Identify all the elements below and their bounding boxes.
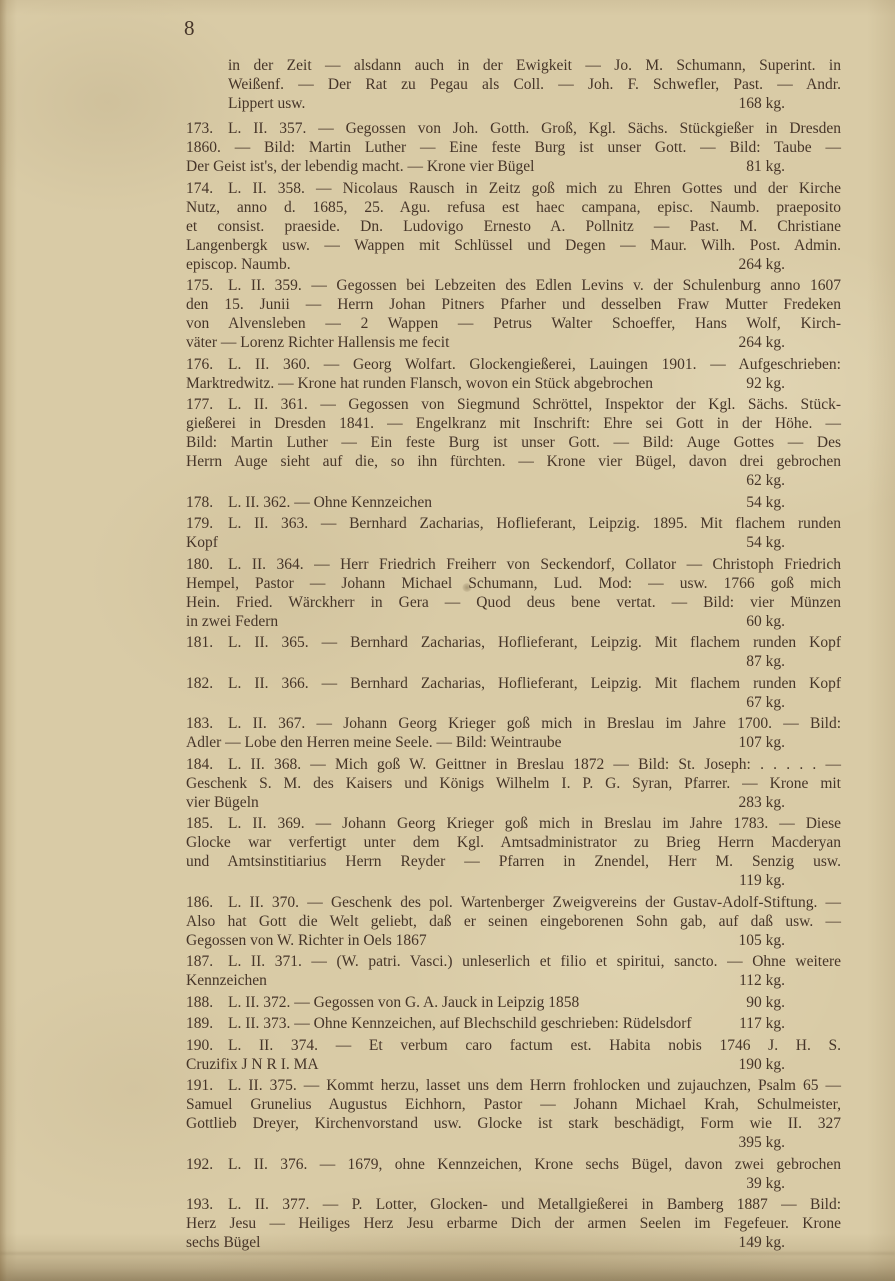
line-text: 182.L. II. 366. — Bernhard Zacharias, Ho… <box>186 675 841 692</box>
entry-text-line: Adler — Lobe den Herren meine Seele. — B… <box>186 733 841 752</box>
line-text: 179.L. II. 363. — Bernhard Zacharias, Ho… <box>186 515 841 532</box>
entry-text-line: 174.L. II. 358. — Nicolaus Rausch in Zei… <box>186 179 841 198</box>
entry-number: 188. <box>186 993 228 1012</box>
entry-text-line: Kopf54 kg. <box>186 533 841 552</box>
weight-value: 107 kg. <box>739 733 786 752</box>
catalog-ref: L. II. 376. <box>228 1156 307 1173</box>
catalog-ref: L. II. 371. <box>228 953 302 970</box>
entry-number: 175. <box>186 276 228 295</box>
line-text: Herz Jesu — Heiliges Herz Jesu erbarme D… <box>186 1215 841 1232</box>
entry-text-line: gießerei in Dresden 1841. — Engelkranz m… <box>186 414 841 433</box>
line-text: 186.L. II. 370. — Geschenk des pol. Wart… <box>186 894 841 911</box>
line-text: Kennzeichen <box>186 971 281 990</box>
line-text: Kopf <box>186 533 232 552</box>
entry-text-line: 188.L. II. 372. — Gegossen von G. A. Jau… <box>186 993 841 1012</box>
entry-number: 191. <box>186 1076 228 1095</box>
entry-text-line: sechs Bügel149 kg. <box>186 1233 841 1252</box>
entry-text-line: Samuel Grunelius Augustus Eichhorn, Past… <box>186 1095 841 1114</box>
entry-text-line: Nutz, anno d. 1685, 25. Agu. refusa est … <box>186 198 841 217</box>
entry-weight-line: 87 kg. <box>186 652 841 671</box>
entry-weight-line: 119 kg. <box>186 871 841 890</box>
bell-entry: 185.L. II. 369. — Johann Georg Krieger g… <box>186 814 841 890</box>
weight-value: 67 kg. <box>746 694 785 711</box>
entry-text-line: Also hat Gott die Welt geliebt, daß er s… <box>186 912 841 931</box>
line-text: Weißenf. — Der Rat zu Pegau als Coll. — … <box>228 76 841 93</box>
line-text: 175.L. II. 359. — Gegossen bei Lebzeiten… <box>186 277 841 294</box>
line-text: 183.L. II. 367. — Johann Georg Krieger g… <box>186 715 841 732</box>
weight-value: 81 kg. <box>746 157 785 176</box>
entry-text-line: Bild: Martin Luther — Ein feste Burg ist… <box>186 433 841 452</box>
document-page: 8 in der Zeit — alsdann auch in der Ewig… <box>0 0 895 1281</box>
entry-text-line: 192.L. II. 376. — 1679, ohne Kennzeichen… <box>186 1155 841 1174</box>
weight-value: 87 kg. <box>746 653 785 670</box>
line-text: Lippert usw. <box>228 94 319 113</box>
entry-number: 180. <box>186 555 228 574</box>
line-text: 189.L. II. 373. — Ohne Kennzeichen, auf … <box>186 1014 706 1033</box>
catalog-ref: L. II. 366. <box>228 675 309 692</box>
entry-number: 173. <box>186 119 228 138</box>
weight-value: 54 kg. <box>746 533 785 552</box>
catalog-ref: L. II. 361. <box>228 396 308 413</box>
entry-text-line: 175.L. II. 359. — Gegossen bei Lebzeiten… <box>186 276 841 295</box>
entry-text-line: in zwei Federn60 kg. <box>186 612 841 631</box>
weight-value: 90 kg. <box>746 993 785 1012</box>
catalog-ref: L. II. 377. <box>228 1196 309 1213</box>
entry-text-line: von Alvensleben — 2 Wappen — Petrus Walt… <box>186 314 841 333</box>
entry-number: 190. <box>186 1036 228 1055</box>
line-text: 185.L. II. 369. — Johann Georg Krieger g… <box>186 815 841 832</box>
line-text: 191.L. II. 375. — Kommt herzu, lasset un… <box>186 1077 841 1094</box>
entry-text-line: 183.L. II. 367. — Johann Georg Krieger g… <box>186 714 841 733</box>
bell-entry: 176.L. II. 360. — Georg Wolfart. Glocken… <box>186 355 841 393</box>
weight-value: 112 kg. <box>739 971 785 990</box>
entry-text-line: Herrn Auge sieht auf die, so ihn fürchte… <box>186 452 841 471</box>
entry-number: 187. <box>186 952 228 971</box>
bell-entry: 186.L. II. 370. — Geschenk des pol. Wart… <box>186 893 841 950</box>
entry-text-line: 1860. — Bild: Martin Luther — Eine feste… <box>186 138 841 157</box>
line-text: Adler — Lobe den Herren meine Seele. — B… <box>186 733 576 752</box>
weight-value: 264 kg. <box>739 333 786 352</box>
entry-text-line: Cruzifix J N R I. MA190 kg. <box>186 1055 841 1074</box>
catalog-ref: L. II. 363. <box>228 515 308 532</box>
line-text: Hein. Fried. Wärckherr in Gera — Quod de… <box>186 594 841 611</box>
entry-text-line: väter — Lorenz Richter Hallensis me feci… <box>186 333 841 352</box>
line-text: 174.L. II. 358. — Nicolaus Rausch in Zei… <box>186 180 841 197</box>
line-text: Nutz, anno d. 1685, 25. Agu. refusa est … <box>186 199 841 216</box>
weight-value: 54 kg. <box>746 493 785 512</box>
entry-text-line: Hempel, Pastor — Johann Michael Schumann… <box>186 574 841 593</box>
entry-text-line: 179.L. II. 363. — Bernhard Zacharias, Ho… <box>186 514 841 533</box>
catalog-ref: L. II. 358. <box>228 180 305 197</box>
weight-value: 105 kg. <box>739 931 786 950</box>
page-number: 8 <box>184 16 195 41</box>
line-text: gießerei in Dresden 1841. — Engelkranz m… <box>186 415 841 432</box>
entry-text-line: Gottlieb Dreyer, Kirchenvorstand usw. Gl… <box>186 1114 841 1133</box>
entry-weight-line: 62 kg. <box>186 471 841 490</box>
line-text: Geschenk S. M. des Kaisers und Königs Wi… <box>186 775 841 792</box>
entry-number: 185. <box>186 814 228 833</box>
line-text: Marktredwitz. — Krone hat runden Flansch… <box>186 374 667 393</box>
entry-number: 192. <box>186 1155 228 1174</box>
catalog-ref: L. II. 372. <box>228 994 290 1011</box>
entry-number: 189. <box>186 1014 228 1033</box>
line-text: 178.L. II. 362. — Ohne Kennzeichen <box>186 493 446 512</box>
bell-entry: 173.L. II. 357. — Gegossen von Joh. Gott… <box>186 119 841 176</box>
line-text: Samuel Grunelius Augustus Eichhorn, Past… <box>186 1096 841 1113</box>
catalog-ref: L. II. 359. <box>228 277 302 294</box>
entry-text-line: vier Bügeln283 kg. <box>186 793 841 812</box>
bell-entry: 181.L. II. 365. — Bernhard Zacharias, Ho… <box>186 633 841 671</box>
catalog-ref: L. II. 367. <box>228 715 305 732</box>
entry-number: 176. <box>186 355 228 374</box>
entry-text-line: Der Geist ist's, der lebendig macht. — K… <box>186 157 841 176</box>
bell-entry: 184.L. II. 368. — Mich goß W. Geittner i… <box>186 755 841 812</box>
line-text: 192.L. II. 376. — 1679, ohne Kennzeichen… <box>186 1156 841 1173</box>
bell-entry: 187.L. II. 371. — (W. patri. Vasci.) unl… <box>186 952 841 990</box>
entry-weight-line: 67 kg. <box>186 693 841 712</box>
entry-text-line: 186.L. II. 370. — Geschenk des pol. Wart… <box>186 893 841 912</box>
line-text: Gegossen von W. Richter in Oels 1867 <box>186 931 441 950</box>
entry-number: 184. <box>186 755 228 774</box>
bell-entry: 177.L. II. 361. — Gegossen von Siegmund … <box>186 395 841 490</box>
bell-entry: 188.L. II. 372. — Gegossen von G. A. Jau… <box>186 993 841 1012</box>
catalog-ref: L. II. 360. <box>228 356 310 373</box>
line-text: et consist. praeside. Dn. Ludovigo Ernes… <box>186 218 841 235</box>
bell-register-text: in der Zeit — alsdann auch in der Ewigke… <box>186 56 841 1252</box>
line-text: 193.L. II. 377. — P. Lotter, Glocken- un… <box>186 1196 841 1213</box>
bell-entry: 175.L. II. 359. — Gegossen bei Lebzeiten… <box>186 276 841 352</box>
entry-text-line: Marktredwitz. — Krone hat runden Flansch… <box>186 374 841 393</box>
entry-text-line: 177.L. II. 361. — Gegossen von Siegmund … <box>186 395 841 414</box>
entry-text-line: 173.L. II. 357. — Gegossen von Joh. Gott… <box>186 119 841 138</box>
entry-text-line: 180.L. II. 364. — Herr Friedrich Freiher… <box>186 555 841 574</box>
bell-entry: 182.L. II. 366. — Bernhard Zacharias, Ho… <box>186 674 841 712</box>
line-text: episcop. Naumb. <box>186 255 305 274</box>
entry-text-line: 178.L. II. 362. — Ohne Kennzeichen54 kg. <box>186 493 841 512</box>
line-text: Der Geist ist's, der lebendig macht. — K… <box>186 157 548 176</box>
line-text: 180.L. II. 364. — Herr Friedrich Freiher… <box>186 556 841 573</box>
line-text: Cruzifix J N R I. MA <box>186 1055 333 1074</box>
line-text: und Amtsinstitiarius Herrn Reyder — Pfar… <box>186 853 841 870</box>
catalog-ref: L. II. 373. <box>228 1015 290 1032</box>
entry-number: 193. <box>186 1195 228 1214</box>
catalog-ref: L. II. 362. <box>228 494 290 511</box>
line-text: Herrn Auge sieht auf die, so ihn fürchte… <box>186 453 841 470</box>
entry-text-line: 176.L. II. 360. — Georg Wolfart. Glocken… <box>186 355 841 374</box>
entry-text-line: 191.L. II. 375. — Kommt herzu, lasset un… <box>186 1076 841 1095</box>
line-text: 190.L. II. 374. — Et verbum caro factum … <box>186 1037 841 1054</box>
catalog-ref: L. II. 369. <box>228 815 305 832</box>
weight-value: 92 kg. <box>746 374 785 393</box>
line-text: Gottlieb Dreyer, Kirchenvorstand usw. Gl… <box>186 1115 841 1132</box>
entry-text-line: 187.L. II. 371. — (W. patri. Vasci.) unl… <box>186 952 841 971</box>
line-text: 176.L. II. 360. — Georg Wolfart. Glocken… <box>186 356 841 373</box>
line-text: von Alvensleben — 2 Wappen — Petrus Walt… <box>186 315 841 332</box>
weight-value: 149 kg. <box>739 1233 786 1252</box>
bell-entry: 183.L. II. 367. — Johann Georg Krieger g… <box>186 714 841 752</box>
bell-entry: 179.L. II. 363. — Bernhard Zacharias, Ho… <box>186 514 841 552</box>
entry-weight-line: 395 kg. <box>186 1133 841 1152</box>
entry-text-line: 189.L. II. 373. — Ohne Kennzeichen, auf … <box>186 1014 841 1033</box>
entry-number: 177. <box>186 395 228 414</box>
bell-entry: 191.L. II. 375. — Kommt herzu, lasset un… <box>186 1076 841 1152</box>
line-text: 177.L. II. 361. — Gegossen von Siegmund … <box>186 396 841 413</box>
entry-text-line: Langenbergk usw. — Wappen mit Schlüssel … <box>186 236 841 255</box>
catalog-ref: L. II. 375. <box>228 1077 297 1094</box>
entry-text-line: et consist. praeside. Dn. Ludovigo Ernes… <box>186 217 841 236</box>
entry-text-line: Kennzeichen112 kg. <box>186 971 841 990</box>
line-text: 173.L. II. 357. — Gegossen von Joh. Gott… <box>186 120 841 137</box>
catalog-ref: L. II. 370. <box>228 894 299 911</box>
line-text: 188.L. II. 372. — Gegossen von G. A. Jau… <box>186 993 593 1012</box>
bell-entry: 193.L. II. 377. — P. Lotter, Glocken- un… <box>186 1195 841 1252</box>
entry-text-line: 181.L. II. 365. — Bernhard Zacharias, Ho… <box>186 633 841 652</box>
catalog-ref: L. II. 357. <box>228 120 306 137</box>
entry-text-line: in der Zeit — alsdann auch in der Ewigke… <box>228 56 841 75</box>
weight-value: 62 kg. <box>746 472 785 489</box>
weight-value: 39 kg. <box>746 1175 785 1192</box>
bell-entry: 178.L. II. 362. — Ohne Kennzeichen54 kg. <box>186 493 841 512</box>
intro-paragraph: in der Zeit — alsdann auch in der Ewigke… <box>228 56 841 113</box>
weight-value: 119 kg. <box>739 872 785 889</box>
entry-text-line: Weißenf. — Der Rat zu Pegau als Coll. — … <box>228 75 841 94</box>
entry-text-line: 190.L. II. 374. — Et verbum caro factum … <box>186 1036 841 1055</box>
entry-text-line: Herz Jesu — Heiliges Herz Jesu erbarme D… <box>186 1214 841 1233</box>
bell-entry: 190.L. II. 374. — Et verbum caro factum … <box>186 1036 841 1074</box>
line-text: 181.L. II. 365. — Bernhard Zacharias, Ho… <box>186 634 841 651</box>
entry-text-line: 182.L. II. 366. — Bernhard Zacharias, Ho… <box>186 674 841 693</box>
catalog-ref: L. II. 365. <box>228 634 309 651</box>
bell-entry: 174.L. II. 358. — Nicolaus Rausch in Zei… <box>186 179 841 274</box>
line-text: Hempel, Pastor — Johann Michael Schumann… <box>186 575 841 592</box>
weight-value: 117 kg. <box>739 1014 785 1033</box>
entry-number: 186. <box>186 893 228 912</box>
line-text: Bild: Martin Luther — Ein feste Burg ist… <box>186 434 841 451</box>
line-text: Glocke war verfertigt unter dem Kgl. Amt… <box>186 834 841 851</box>
entry-text-line: Geschenk S. M. des Kaisers und Königs Wi… <box>186 774 841 793</box>
entry-text-line: den 15. Junii — Herrn Johan Pitners Pfar… <box>186 295 841 314</box>
line-text: väter — Lorenz Richter Hallensis me feci… <box>186 333 463 352</box>
entry-text-line: episcop. Naumb.264 kg. <box>186 255 841 274</box>
weight-value: 264 kg. <box>739 255 786 274</box>
line-text: in zwei Federn <box>186 612 292 631</box>
entry-number: 181. <box>186 633 228 652</box>
catalog-ref: L. II. 374. <box>228 1037 318 1054</box>
line-text: Also hat Gott die Welt geliebt, daß er s… <box>186 913 841 930</box>
entry-text-line: Lippert usw.168 kg. <box>228 94 841 113</box>
weight-value: 168 kg. <box>739 94 786 113</box>
catalog-ref: L. II. 364. <box>228 556 304 573</box>
weight-value: 395 kg. <box>739 1134 786 1151</box>
entry-number: 174. <box>186 179 228 198</box>
entry-number: 182. <box>186 674 228 693</box>
line-text: vier Bügeln <box>186 793 273 812</box>
entry-number: 178. <box>186 493 228 512</box>
weight-value: 60 kg. <box>746 612 785 631</box>
line-text: den 15. Junii — Herrn Johan Pitners Pfar… <box>186 296 841 313</box>
bell-entry: 192.L. II. 376. — 1679, ohne Kennzeichen… <box>186 1155 841 1193</box>
entry-text-line: 185.L. II. 369. — Johann Georg Krieger g… <box>186 814 841 833</box>
line-text: 184.L. II. 368. — Mich goß W. Geittner i… <box>186 756 841 773</box>
line-text: sechs Bügel <box>186 1233 274 1252</box>
bell-entry: 189.L. II. 373. — Ohne Kennzeichen, auf … <box>186 1014 841 1033</box>
entry-text-line: Hein. Fried. Wärckherr in Gera — Quod de… <box>186 593 841 612</box>
entry-text-line: 184.L. II. 368. — Mich goß W. Geittner i… <box>186 755 841 774</box>
catalog-ref: L. II. 368. <box>228 756 301 773</box>
bell-entry: 180.L. II. 364. — Herr Friedrich Freiher… <box>186 555 841 631</box>
entry-number: 183. <box>186 714 228 733</box>
line-text: Langenbergk usw. — Wappen mit Schlüssel … <box>186 237 841 254</box>
entry-text-line: Glocke war verfertigt unter dem Kgl. Amt… <box>186 833 841 852</box>
line-text: 187.L. II. 371. — (W. patri. Vasci.) unl… <box>186 953 841 970</box>
entry-weight-line: 39 kg. <box>186 1174 841 1193</box>
weight-value: 283 kg. <box>739 793 786 812</box>
entry-text-line: 193.L. II. 377. — P. Lotter, Glocken- un… <box>186 1195 841 1214</box>
line-text: 1860. — Bild: Martin Luther — Eine feste… <box>186 139 841 156</box>
line-text: in der Zeit — alsdann auch in der Ewigke… <box>228 57 841 74</box>
entry-text-line: und Amtsinstitiarius Herrn Reyder — Pfar… <box>186 852 841 871</box>
entry-text-line: Gegossen von W. Richter in Oels 1867105 … <box>186 931 841 950</box>
weight-value: 190 kg. <box>739 1055 786 1074</box>
entry-number: 179. <box>186 514 228 533</box>
